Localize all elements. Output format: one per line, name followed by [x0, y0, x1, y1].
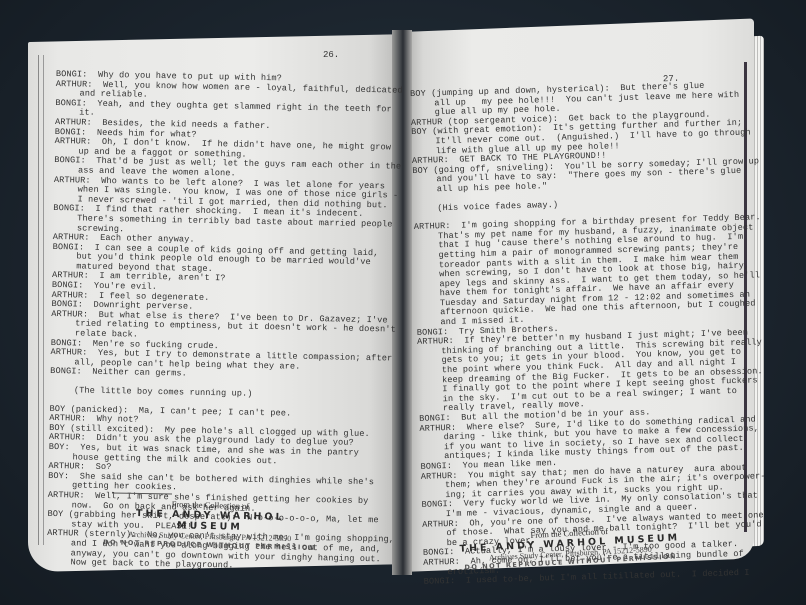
- left-page-margin-lines: [38, 55, 44, 545]
- speaker-name: BOY:: [49, 442, 81, 453]
- speaker-name: BONGI:: [50, 366, 92, 377]
- speaker-name: BONGI:: [54, 155, 96, 166]
- speaker-name: BONGI:: [53, 242, 95, 253]
- page-number-left: 26.: [323, 50, 339, 60]
- speaker-name: BOY:: [48, 471, 80, 482]
- open-book: 26. 27. BONGI: Why do you have to put up…: [0, 0, 806, 605]
- dialogue-text: Neither can germs.: [92, 367, 187, 379]
- museum-stamp-left: From the Collection of THE ANDY WARHOL M…: [99, 497, 320, 552]
- speaker-name: BONGI:: [53, 203, 95, 214]
- right-page-script: BOY (jumping up and down, hysterical): B…: [410, 80, 771, 587]
- speaker-name: BONGI:: [55, 98, 97, 109]
- speaker-name: BONGI:: [424, 576, 466, 587]
